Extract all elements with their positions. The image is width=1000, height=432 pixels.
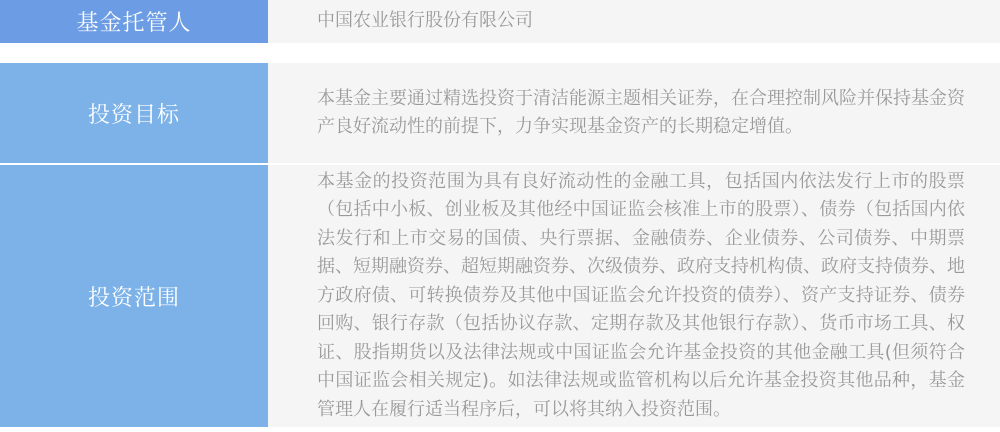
row-label-custodian: 基金托管人 <box>0 0 268 43</box>
custodian-value: 中国农业银行股份有限公司 <box>317 7 533 36</box>
row-content-cell: 本基金的投资范围为具有良好流动性的金融工具，包括国内依法发行上市的股票（包括中小… <box>268 165 1000 427</box>
row-label-investment-objective: 投资目标 <box>0 63 268 163</box>
row-label-investment-scope: 投资范围 <box>0 165 268 427</box>
table-row-custodian: 基金托管人 中国农业银行股份有限公司 <box>0 0 1000 43</box>
table-row-investment-objective: 投资目标 本基金主要通过精选投资于清洁能源主题相关证券，在合理控制风险并保持基金… <box>0 63 1000 163</box>
table-row-investment-scope: 投资范围 本基金的投资范围为具有良好流动性的金融工具，包括国内依法发行上市的股票… <box>0 165 1000 427</box>
row-content-cell: 中国农业银行股份有限公司 <box>268 0 1000 43</box>
fund-info-table: 基金托管人 中国农业银行股份有限公司 投资目标 本基金主要通过精选投资于清洁能源… <box>0 0 1000 427</box>
investment-objective-text: 本基金主要通过精选投资于清洁能源主题相关证券，在合理控制风险并保持基金资产良好流… <box>317 85 965 142</box>
investment-scope-text: 本基金的投资范围为具有良好流动性的金融工具，包括国内依法发行上市的股票（包括中小… <box>317 168 965 425</box>
row-content-cell: 本基金主要通过精选投资于清洁能源主题相关证券，在合理控制风险并保持基金资产良好流… <box>268 63 1000 163</box>
